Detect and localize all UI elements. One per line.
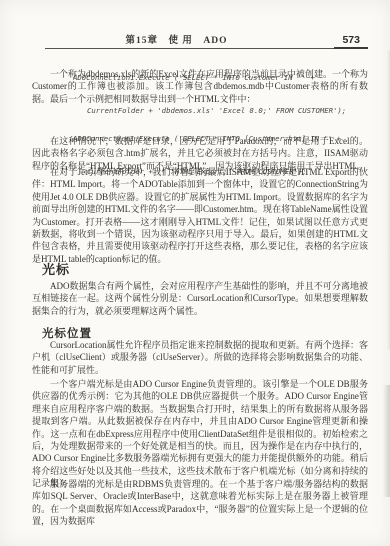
scan-shadow-artifact [383, 385, 390, 497]
paragraph-server-cursor: 服务器端的光标是由RDBMS负责管理的。在一个基于客户端/服务器结构的数据库如S… [32, 478, 368, 528]
section-heading-cursor: 光标 [42, 259, 70, 278]
paragraph-jet-engine: 在对于Jet引擎的研究中，我们将看到的最后IISAM驱动程序是HTML Expo… [32, 166, 368, 265]
paragraph-cursor-intro: ADO数据集合有两个属性，会对应用程序产生基础性的影响，并且不可分离地被互相链接… [32, 280, 368, 317]
book-page: 第15章 使 用 ADO 573 ADOConnection1.Execute … [0, 0, 390, 546]
paragraph-client-cursor: 一个客户端光标是由ADO Cursor Engine负责管理的。该引擎是一个OL… [32, 378, 368, 490]
chapter-title: 第15章 使 用 ADO [45, 35, 308, 48]
paragraph-cursorlocation: CursorLocation属性允许程序员指定谁来控制数据的提取和更新。有两个选… [32, 339, 368, 376]
page-number: 573 [342, 34, 360, 47]
paragraph-last-example: 最后一个示例把相同数据导出到一个HTML文件中： [32, 93, 368, 105]
page-header: 第15章 使 用 ADO 573 [45, 35, 368, 48]
header-rule [45, 48, 368, 49]
